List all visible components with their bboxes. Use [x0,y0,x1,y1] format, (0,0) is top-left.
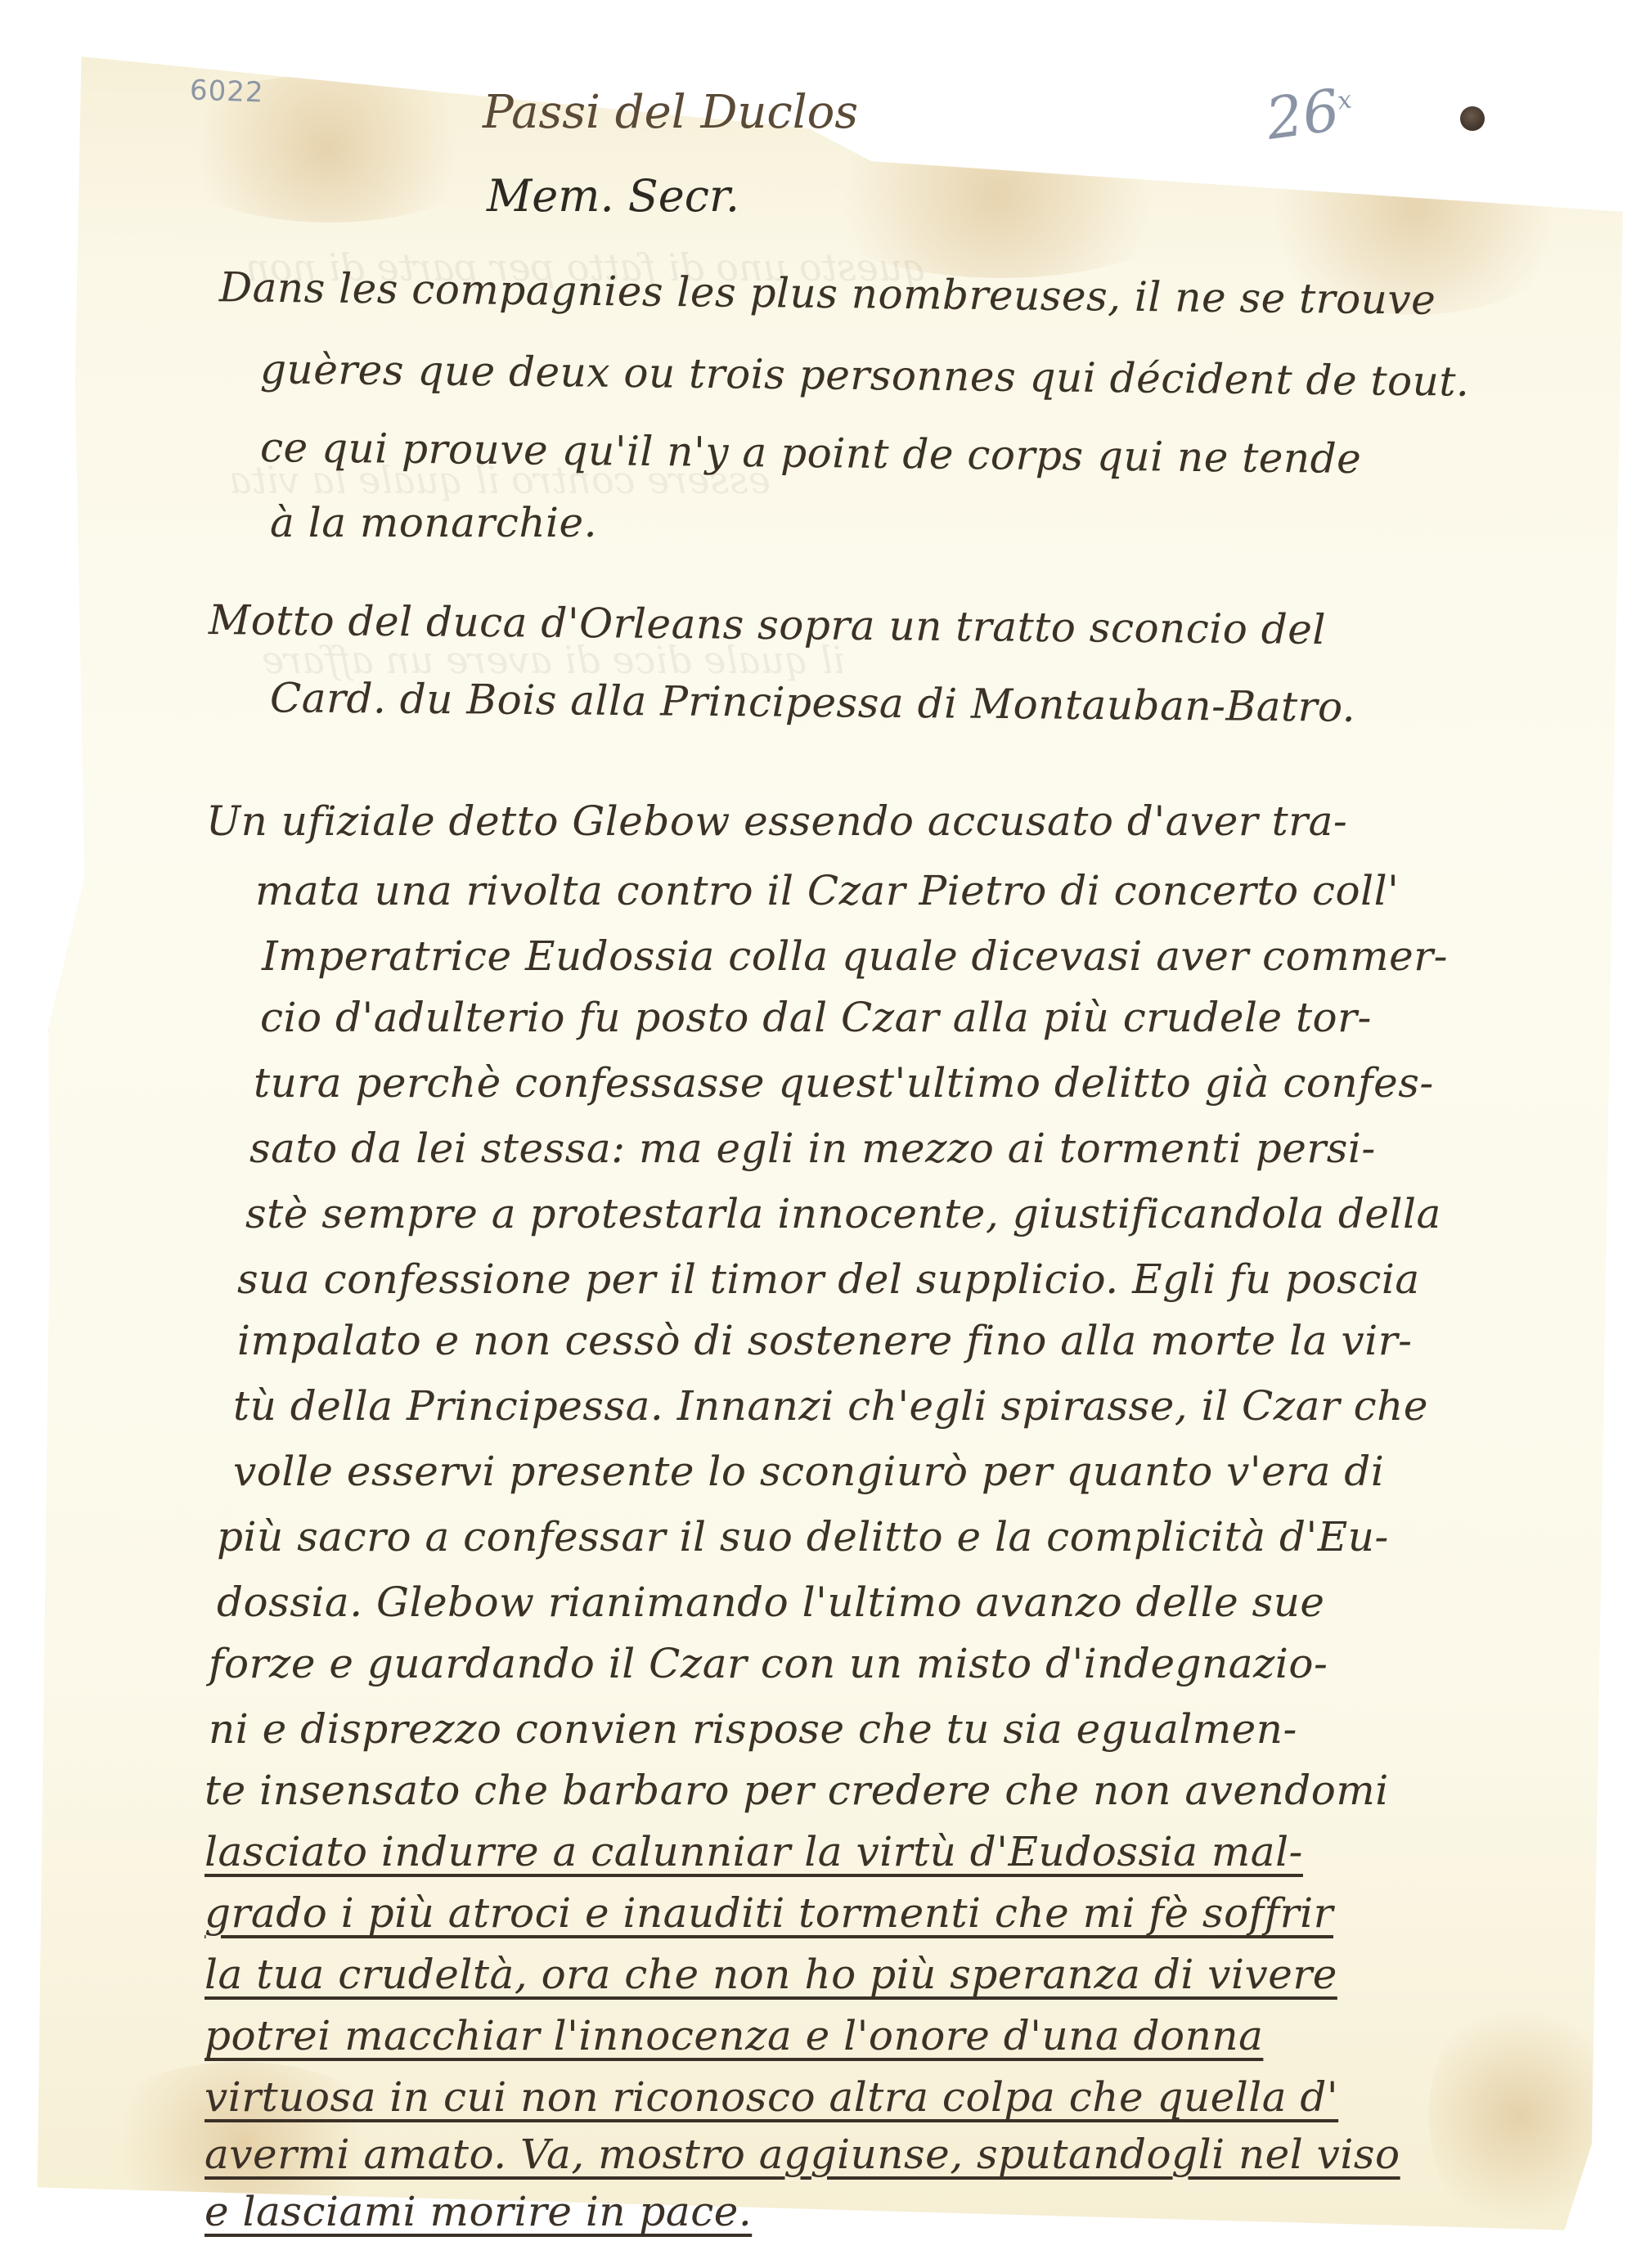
paragraph-3-line: più sacro a confessar il suo delitto e l… [217,1513,1389,1561]
paragraph-3-line: te insensato che barbaro per credere che… [204,1767,1389,1814]
paragraph-3-line-underlined: lasciato indurre a calunniar la virtù d'… [204,1828,1303,1875]
paragraph-3-line: tù della Principessa. Innanzi ch'egli sp… [233,1382,1428,1430]
paragraph-3-line: stè sempre a protestarla innocente, gius… [245,1190,1441,1237]
paragraph-3-line-underlined: avermi amato. Va, mostro aggiunse, sputa… [204,2131,1400,2178]
paragraph-3-line: Un ufiziale detto Glebow essendo accusat… [206,797,1347,845]
paragraph-3-line: impalato e non cessò di sostenere fino a… [237,1317,1412,1364]
paragraph-3-line-underlined: potrei macchiar l'innocenza e l'onore d'… [204,2012,1263,2059]
folio-mark: 26x [1262,74,1357,153]
foxing-stain [1427,1992,1610,2239]
paragraph-3-line: tura perchè confessasse quest'ultimo del… [254,1059,1434,1107]
paragraph-3-line: forze e guardando il Czar con un misto d… [209,1640,1328,1687]
paragraph-3-line: Imperatrice Eudossia colla quale dicevas… [262,932,1448,980]
paragraph-3-line: volle esservi presente lo scongiurò per … [233,1448,1384,1495]
paragraph-3-line: dossia. Glebow rianimando l'ultimo avanz… [217,1579,1325,1626]
paragraph-1-line: à la monarchie. [270,499,597,546]
paragraph-2-line: Card. du Bois alla Principessa di Montau… [270,674,1356,731]
paragraph-3-line: sato da lei stessa: ma egli in mezzo ai … [249,1125,1376,1172]
paragraph-3-line: ni e disprezzo convien rispose che tu si… [209,1705,1297,1753]
paragraph-3-line-underlined: e lasciami morire in pace. [204,2188,752,2235]
paragraph-3-line: sua confessione per il timor del supplic… [237,1255,1420,1303]
paragraph-3-line-underlined: virtuosa in cui non riconosco altra colp… [204,2073,1338,2121]
folio-suffix: x [1336,86,1354,116]
folio-number: 26 [1262,76,1344,153]
paragraph-2-line: Motto del duca d'Orleans sopra un tratto… [209,596,1326,653]
page-title: Passi del Duclos [483,86,858,139]
archive-number: 6022 [189,74,264,109]
paragraph-3-line: cio d'adulterio fu posto dal Czar alla p… [260,994,1372,1041]
page-subtitle: Mem. Secr. [487,170,739,222]
paragraph-3-line-underlined: la tua crudeltà, ora che non ho più sper… [204,1951,1337,1998]
paragraph-3-line-underlined: grado i più atroci e inauditi tormenti c… [204,1889,1333,1937]
ink-blot-icon [1460,106,1485,131]
paragraph-3-line: mata una rivolta contro il Czar Pietro d… [255,867,1399,914]
